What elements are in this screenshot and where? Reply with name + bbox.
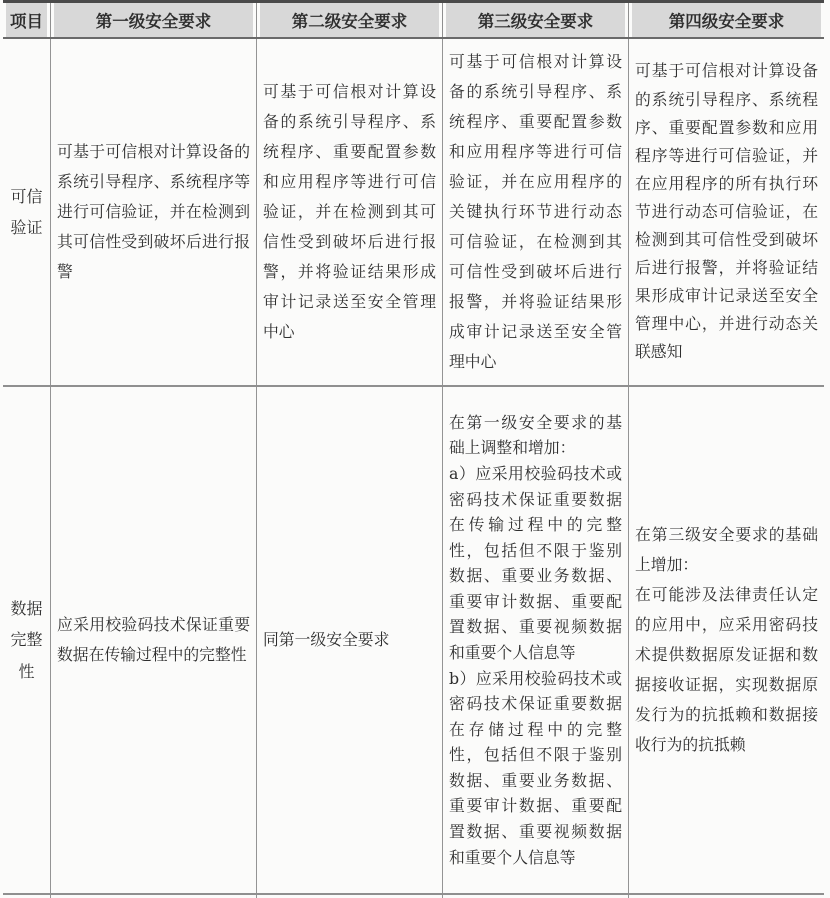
cell-row2-level4: 在第三级安全要求的基础上增加： 在可能涉及法律责任认定的应用中，应采用密码技术提… (628, 387, 824, 893)
cell-row1-level1: 可基于可信根对计算设备的系统引导程序、系统程序等进行可信验证，并在检测到其可信性… (50, 39, 256, 385)
item-cell-trusted-verification: 可信验证 (3, 39, 50, 385)
table-header-row: 项目 第一级安全要求 第二级安全要求 第三级安全要求 第四级安全要求 (3, 3, 824, 39)
table-row-trusted-verification: 可信验证 可基于可信根对计算设备的系统引导程序、系统程序等进行可信验证，并在检测… (3, 39, 824, 387)
security-requirements-table: 项目 第一级安全要求 第二级安全要求 第三级安全要求 第四级安全要求 可信验证 … (3, 0, 824, 898)
header-cell-level3: 第三级安全要求 (442, 3, 628, 37)
item-label: 可信验证 (5, 181, 48, 243)
cell-row2-level1: 应采用校验码技术保证重要数据在传输过程中的完整性 (50, 387, 256, 893)
cell-text: 可基于可信根对计算设备的系统引导程序、系统程序、重要配置参数和应用程序等进行可信… (263, 77, 436, 347)
cell-row1-level3: 可基于可信根对计算设备的系统引导程序、系统程序、重要配置参数和应用程序等进行可信… (442, 39, 628, 385)
cell-text: 应采用校验码技术保证重要数据在传输过程中的完整性 (57, 610, 250, 670)
item-cell-data-integrity: 数据完整性 (3, 387, 50, 893)
cell-text: 可基于可信根对计算设备的系统引导程序、系统程序、重要配置参数和应用程序等进行可信… (449, 47, 622, 377)
header-cell-level4: 第四级安全要求 (628, 3, 824, 37)
cell-row2-level2: 同第一级安全要求 (256, 387, 442, 893)
cell-text: 可基于可信根对计算设备的系统引导程序、系统程序等进行可信验证，并在检测到其可信性… (57, 137, 250, 287)
document-page: 项目 第一级安全要求 第二级安全要求 第三级安全要求 第四级安全要求 可信验证 … (0, 0, 830, 898)
cell-text: 在第三级安全要求的基础上增加： 在可能涉及法律责任认定的应用中，应采用密码技术提… (635, 520, 818, 760)
cell-row1-level4: 可基于可信根对计算设备的系统引导程序、系统程序、重要配置参数和应用程序等进行可信… (628, 39, 824, 385)
item-label: 数据完整性 (5, 593, 48, 687)
header-cell-item: 项目 (3, 3, 50, 37)
cell-text: 在第一级安全要求的基础上调整和增加： a）应采用校验码技术或密码技术保证重要数据… (449, 410, 622, 870)
cell-row1-level2: 可基于可信根对计算设备的系统引导程序、系统程序、重要配置参数和应用程序等进行可信… (256, 39, 442, 385)
cell-row2-level3: 在第一级安全要求的基础上调整和增加： a）应采用校验码技术或密码技术保证重要数据… (442, 387, 628, 893)
header-cell-level2: 第二级安全要求 (256, 3, 442, 37)
cell-text: 同第一级安全要求 (263, 625, 436, 655)
table-row-data-integrity: 数据完整性 应采用校验码技术保证重要数据在传输过程中的完整性 同第一级安全要求 … (3, 387, 824, 895)
cell-text: 可基于可信根对计算设备的系统引导程序、系统程序、重要配置参数和应用程序等进行可信… (635, 57, 818, 366)
header-cell-level1: 第一级安全要求 (50, 3, 256, 37)
